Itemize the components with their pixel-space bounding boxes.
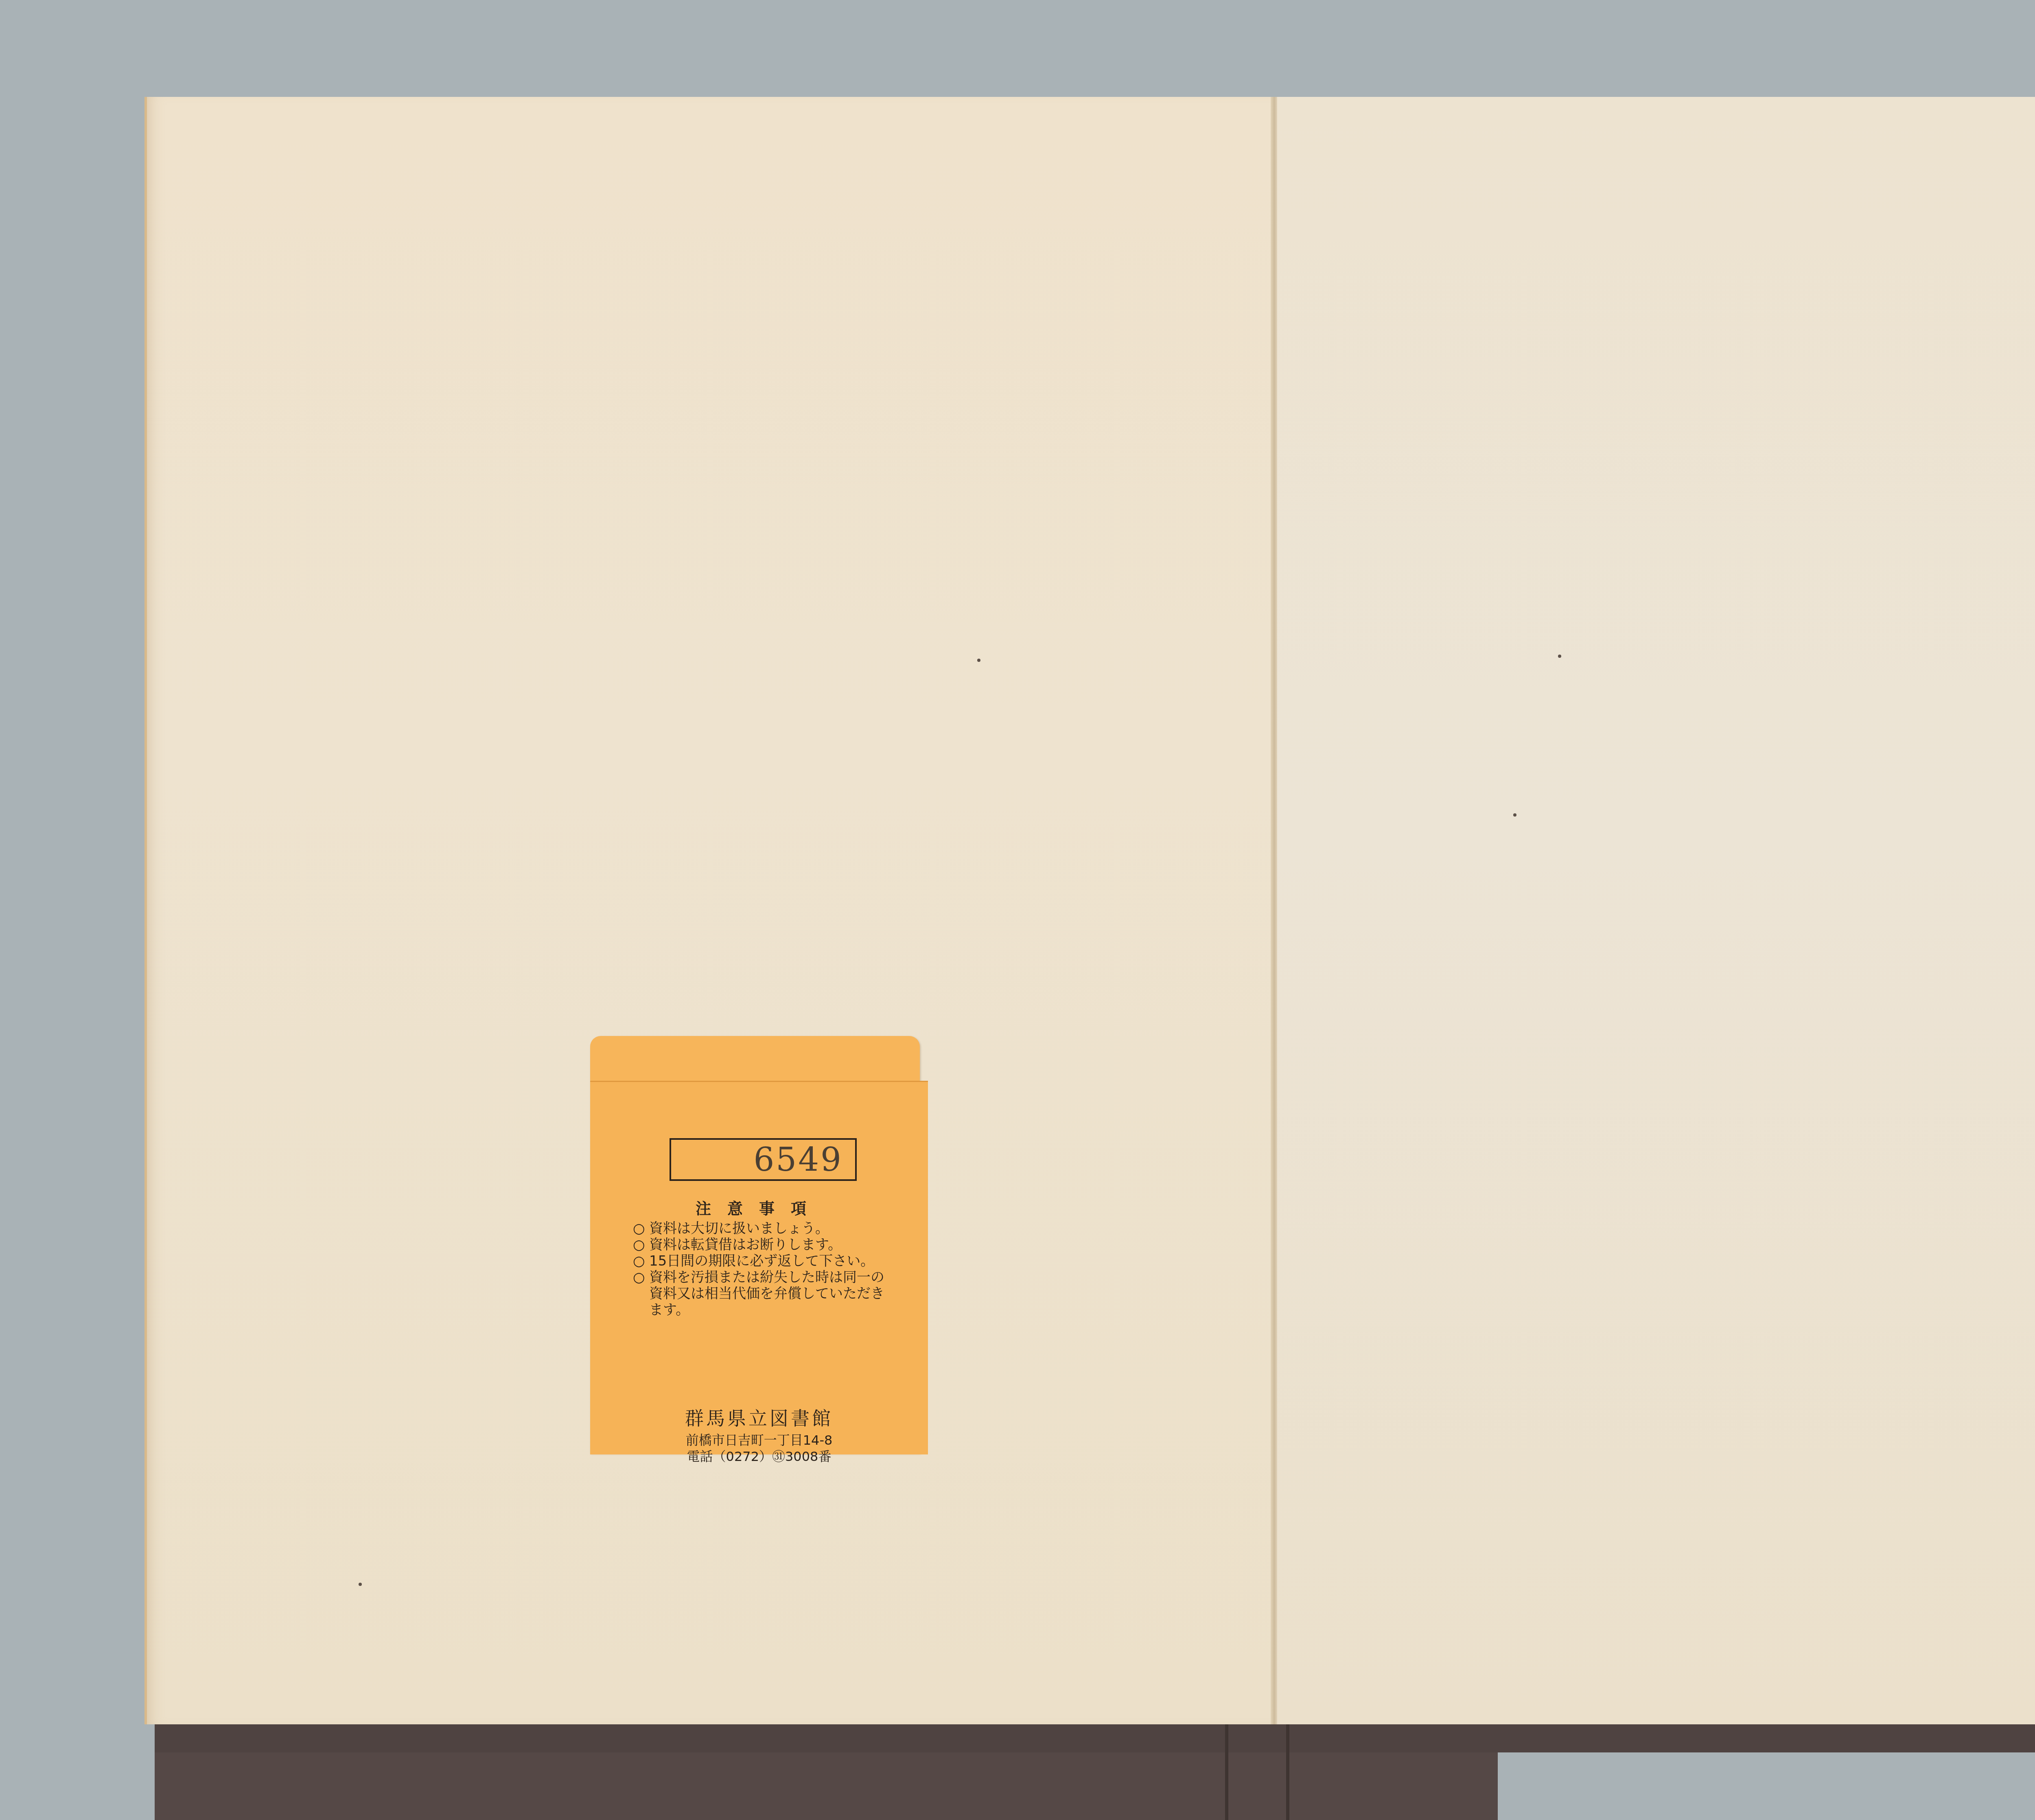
left-endpaper: [144, 97, 1276, 1724]
rule-text: 15日間の期限に必ず返して下さい。: [649, 1253, 874, 1269]
pocket-front-panel: 6549 注意事項 ○ 資料は大切に扱いましょう。 ○ 資料は転貸借はお断りしま…: [590, 1081, 928, 1454]
call-number-box: 6549: [670, 1138, 857, 1181]
right-endpaper: [1277, 97, 2035, 1724]
rule-item: ○ 資料を汚損または紛失した時は同一の資料又は相当代価を弁償していただきます。: [633, 1269, 893, 1318]
paper-speck: [977, 659, 980, 662]
rule-item: ○ 15日間の期限に必ず返して下さい。: [633, 1253, 893, 1269]
library-card-pocket: 6549 注意事項 ○ 資料は大切に扱いましょう。 ○ 資料は転貸借はお断りしま…: [590, 1036, 920, 1453]
rule-text: 資料は転貸借はお断りします。: [649, 1237, 842, 1253]
notice-heading: 注意事項: [590, 1196, 928, 1218]
circle-bullet-icon: ○: [633, 1253, 649, 1269]
paper-speck: [1513, 813, 1516, 817]
circle-bullet-icon: ○: [633, 1237, 649, 1253]
rule-item: ○ 資料は転貸借はお断りします。: [633, 1237, 893, 1253]
cover-edge: [1225, 1724, 1228, 1820]
notice-rules: ○ 資料は大切に扱いましょう。 ○ 資料は転貸借はお断りします。 ○ 15日間の…: [633, 1220, 893, 1318]
rule-item: ○ 資料は大切に扱いましょう。: [633, 1220, 893, 1237]
rule-text: 資料を汚損または紛失した時は同一の資料又は相当代価を弁償していただきます。: [649, 1269, 893, 1318]
circle-bullet-icon: ○: [633, 1220, 649, 1237]
cover-edge: [1286, 1724, 1289, 1820]
paper-speck: [1558, 655, 1561, 658]
call-number: 6549: [753, 1141, 843, 1178]
paper-speck: [359, 1583, 362, 1586]
rule-text: 資料は大切に扱いましょう。: [649, 1220, 829, 1237]
circle-bullet-icon: ○: [633, 1269, 649, 1318]
library-name: 群馬県立図書館: [590, 1404, 928, 1430]
book-shadow: [155, 1724, 2035, 1752]
library-phone: 電話（0272）㉛3008番: [590, 1446, 928, 1465]
